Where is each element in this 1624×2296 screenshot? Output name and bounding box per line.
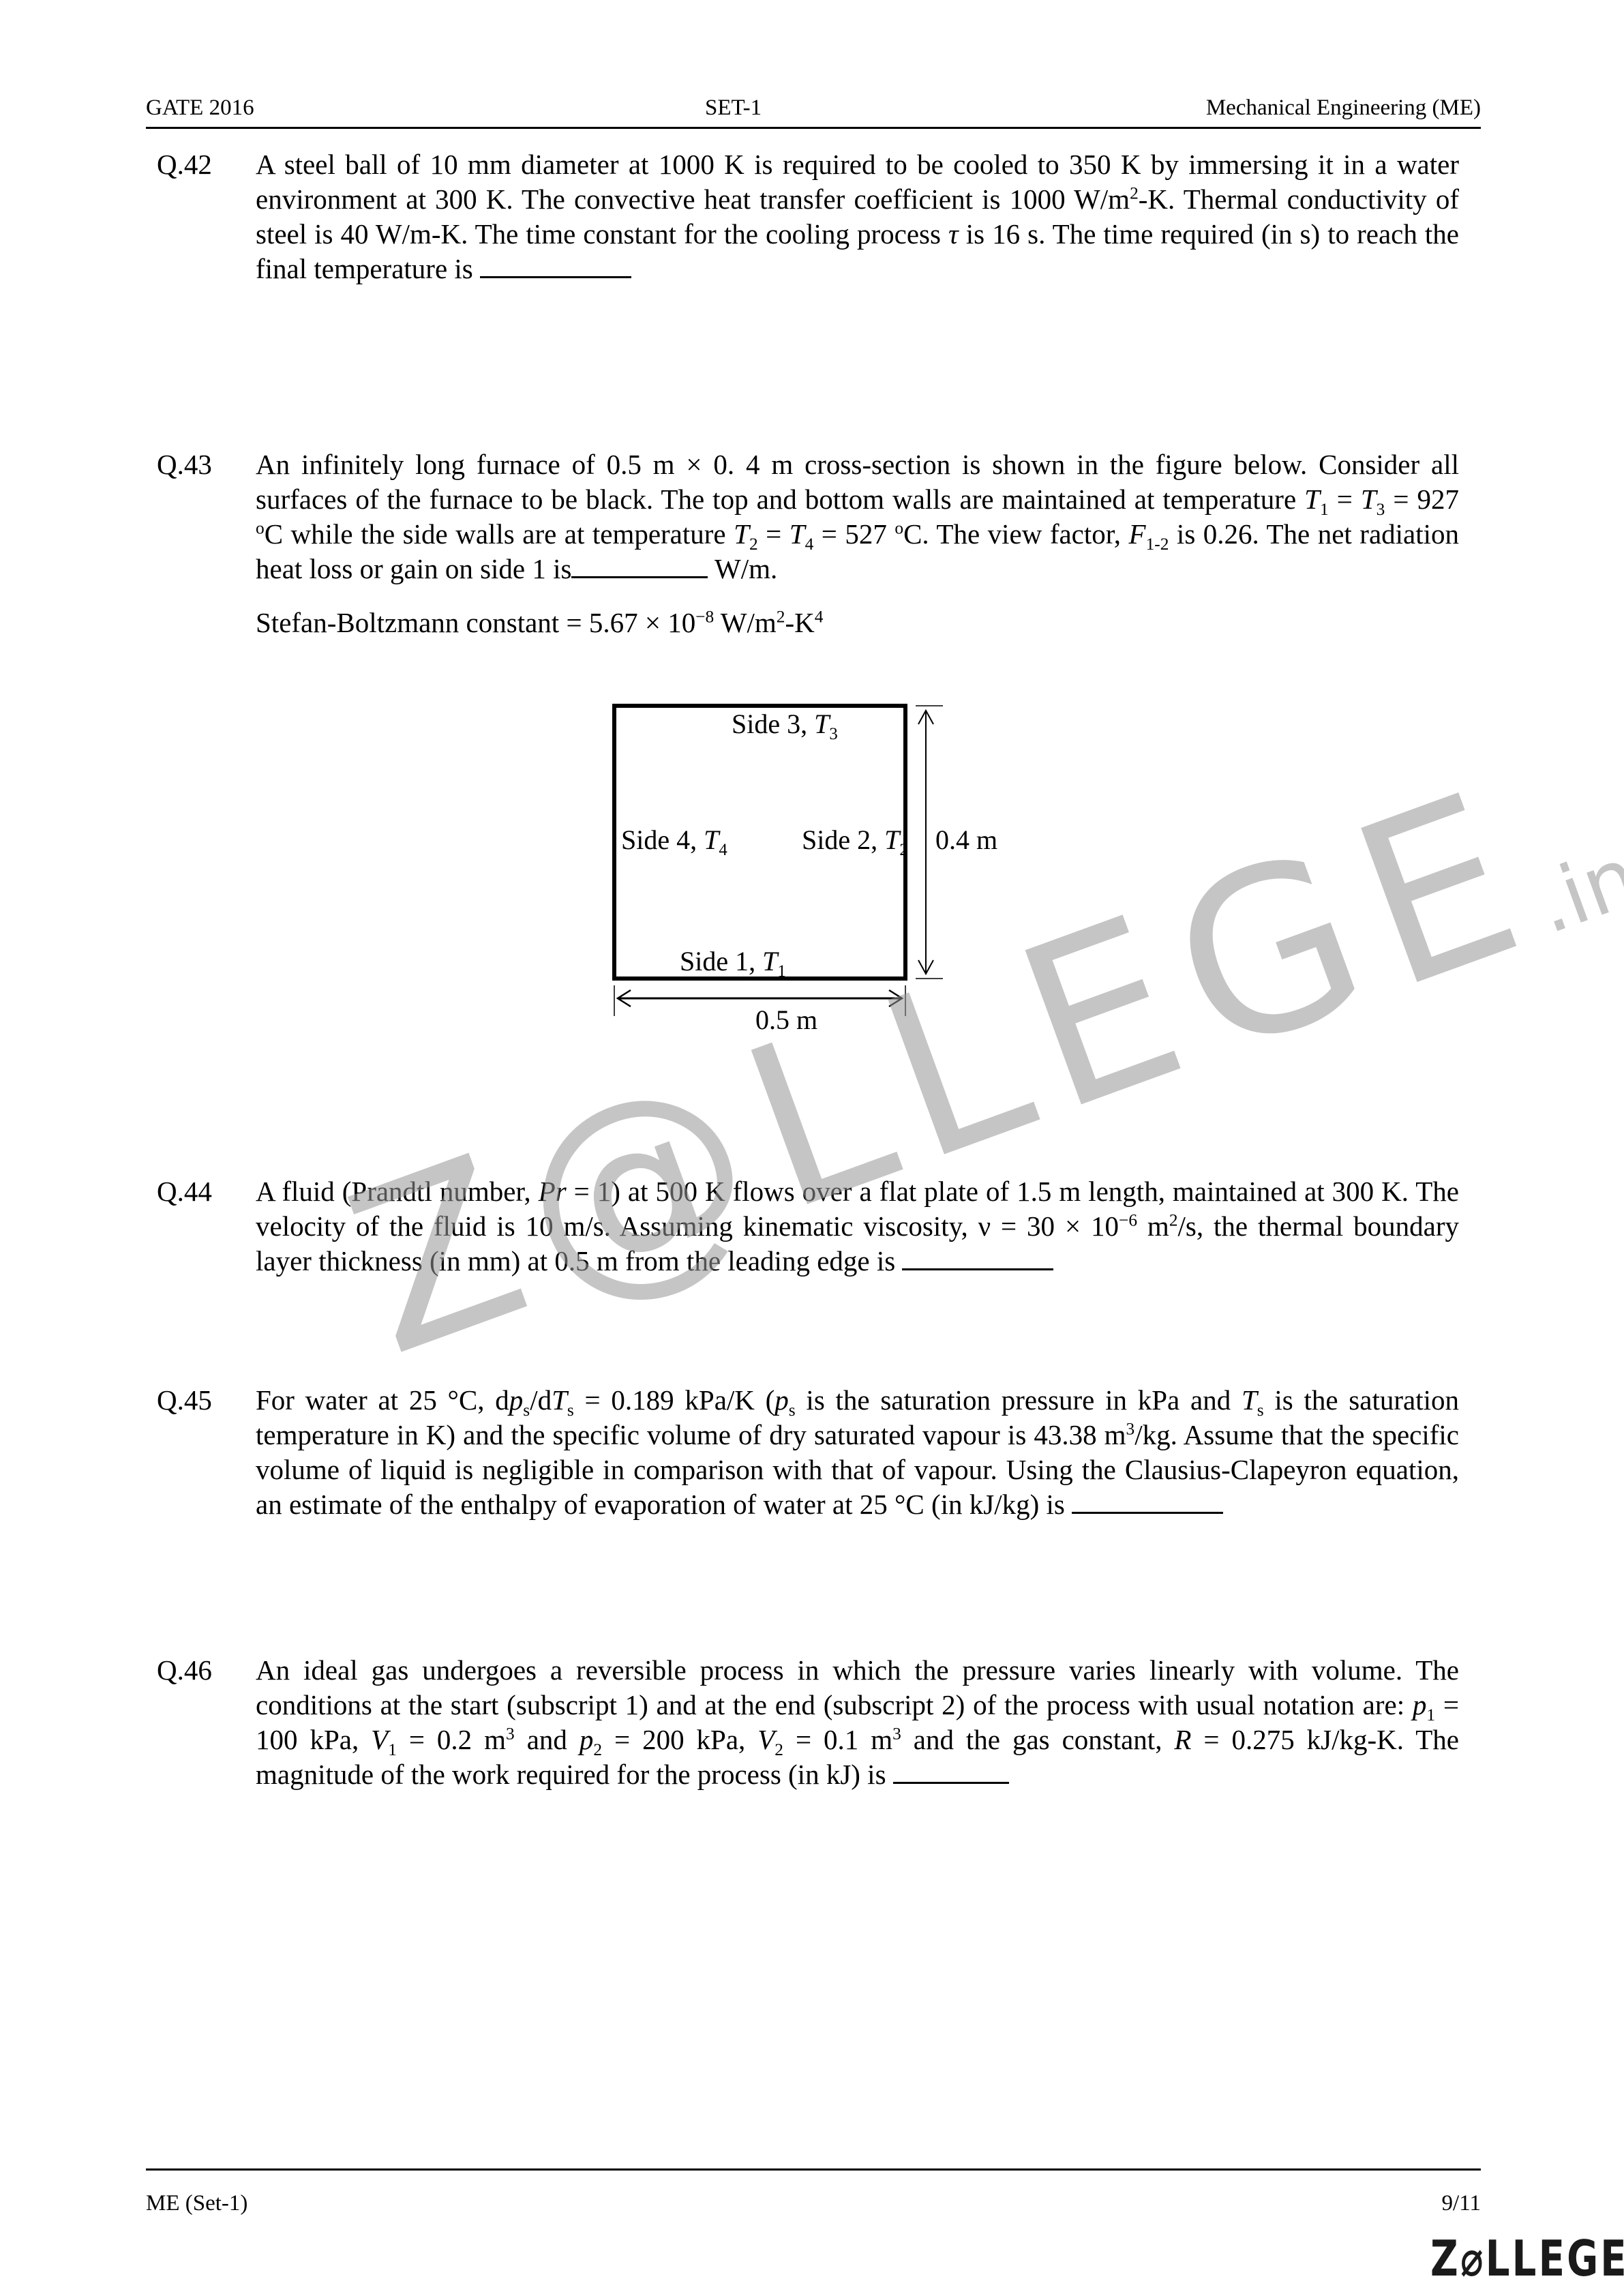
- answer-blank[interactable]: [571, 553, 708, 578]
- question-43: Q.43 An infinitely long furnace of 0.5 m…: [157, 447, 1459, 640]
- question-number: Q.42: [157, 147, 212, 182]
- furnace-figure: Side 3, T3 Side 4, T4 Side 2, T2 Side 1,…: [600, 696, 1077, 1105]
- paper-code: ME (Set-1): [146, 2191, 247, 2216]
- set-label: SET-1: [705, 95, 762, 121]
- zollege-logo: Z⌀LLEGE.in: [1430, 2230, 1624, 2287]
- question-number: Q.45: [157, 1383, 212, 1418]
- question-text: An infinitely long furnace of 0.5 m × 0.…: [256, 447, 1459, 640]
- exam-name: GATE 2016: [146, 95, 254, 121]
- side-4-label: Side 4, T4: [621, 824, 727, 856]
- answer-blank[interactable]: [480, 253, 631, 278]
- stefan-boltzmann-constant: Stefan-Boltzmann constant = 5.67 × 10−8 …: [256, 606, 1459, 640]
- side-1-label: Side 1, T1: [680, 945, 786, 977]
- page-header: GATE 2016 SET-1 Mechanical Engineering (…: [146, 95, 1481, 125]
- furnace-diagram: [600, 696, 1077, 1105]
- side-3-label: Side 3, T3: [732, 708, 838, 740]
- footer-rule: [146, 2168, 1481, 2171]
- question-number: Q.46: [157, 1653, 212, 1688]
- height-dimension-label: 0.4 m: [935, 824, 997, 856]
- question-number: Q.43: [157, 447, 212, 482]
- answer-blank[interactable]: [1072, 1489, 1223, 1514]
- question-text: A steel ball of 10 mm diameter at 1000 K…: [256, 147, 1459, 286]
- question-text: An ideal gas undergoes a reversible proc…: [256, 1653, 1459, 1792]
- question-45: Q.45 For water at 25 °C, dps/dTs = 0.189…: [157, 1383, 1459, 1522]
- question-46: Q.46 An ideal gas undergoes a reversible…: [157, 1653, 1459, 1792]
- answer-blank[interactable]: [893, 1759, 1009, 1784]
- question-text: For water at 25 °C, dps/dTs = 0.189 kPa/…: [256, 1383, 1459, 1522]
- header-rule: [146, 127, 1481, 129]
- side-2-label: Side 2, T2: [802, 824, 908, 856]
- question-text: A fluid (Prandtl number, Pr = 1) at 500 …: [256, 1174, 1459, 1279]
- question-number: Q.44: [157, 1174, 212, 1209]
- page-number: 9/11: [1442, 2191, 1481, 2216]
- answer-blank[interactable]: [902, 1245, 1053, 1270]
- question-44: Q.44 A fluid (Prandtl number, Pr = 1) at…: [157, 1174, 1459, 1279]
- width-dimension-label: 0.5 m: [755, 1004, 817, 1036]
- paper-name: Mechanical Engineering (ME): [1206, 95, 1481, 121]
- question-42: Q.42 A steel ball of 10 mm diameter at 1…: [157, 147, 1459, 286]
